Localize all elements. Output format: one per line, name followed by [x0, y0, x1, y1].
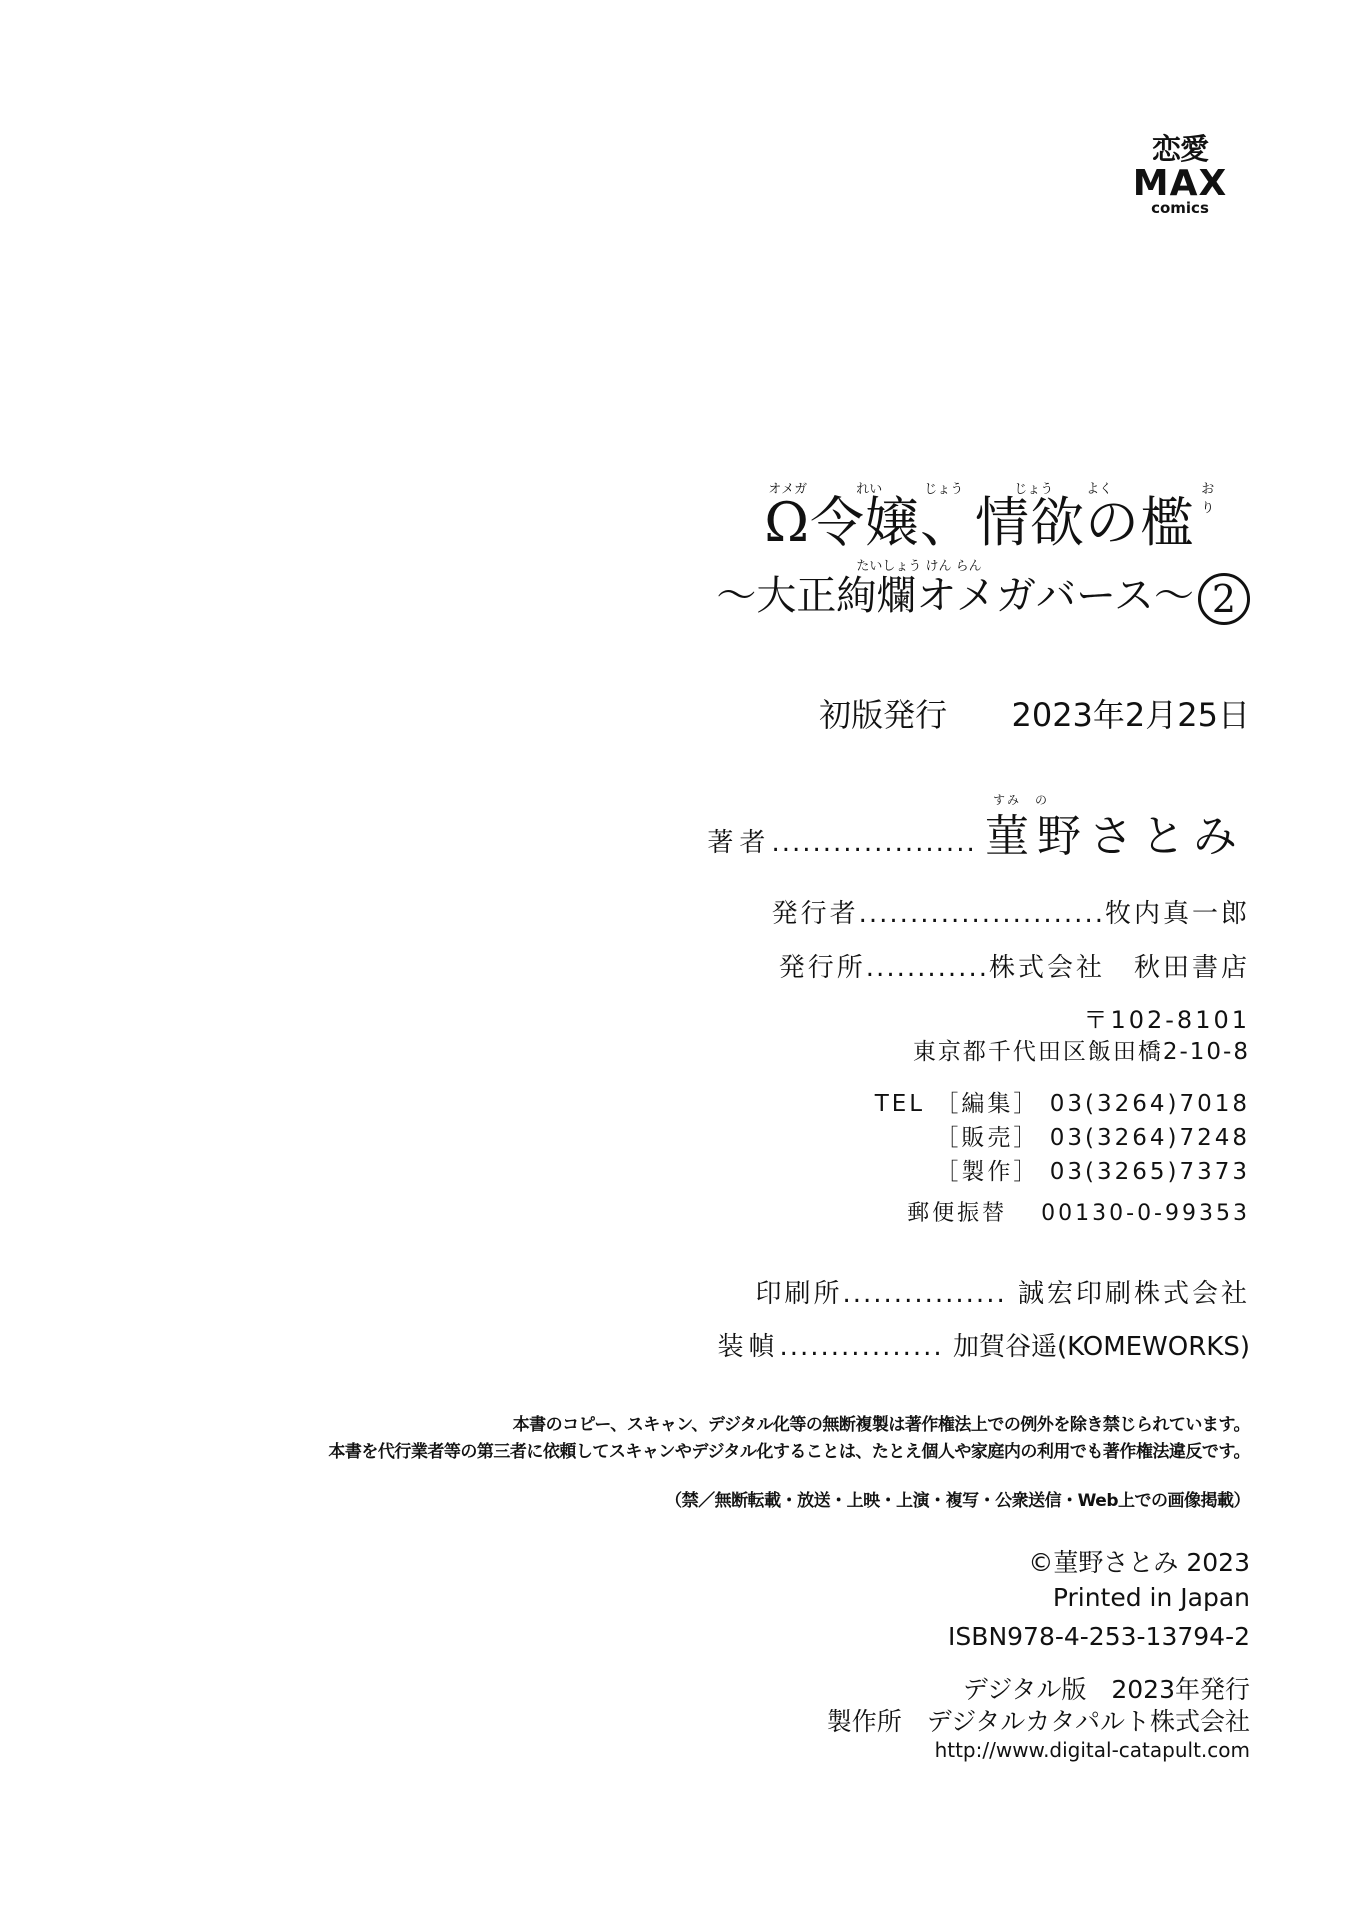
tel-dept-sales: ［販売］ — [935, 1125, 1039, 1151]
ruby-ori: おり — [1201, 478, 1214, 516]
isbn: ISBN978-4-253-13794-2 — [948, 1622, 1250, 1651]
postal-transfer-row: 郵便振替 00130-0-99353 — [907, 1196, 1250, 1227]
publisher-label: 発行所 — [779, 953, 866, 983]
author-row: 著者.................... すみ の 菫野さとみ — [707, 800, 1245, 864]
copyright-line: ©菫野さとみ 2023 — [1028, 1543, 1250, 1579]
publisher-dots: ............ — [866, 953, 989, 983]
transfer-label: 郵便振替 — [907, 1201, 1007, 1226]
tel-number-sales: 03(3264)7248 — [1050, 1125, 1250, 1151]
ruby-omega: オメガ — [768, 478, 807, 497]
book-subtitle-block: たいしょう けん らん ～大正絢爛オメガバース～2 — [716, 555, 1250, 625]
design-dots: ................ — [779, 1332, 943, 1362]
tel-number-edit: 03(3264)7018 — [1050, 1091, 1250, 1117]
design-row: 装幀................ 加賀谷遥(KOMEWORKS) — [717, 1326, 1250, 1363]
ruby-yoku: よく — [1086, 478, 1112, 497]
publisher-person-label: 発行者 — [772, 899, 859, 929]
design-name: 加賀谷遥(KOMEWORKS) — [953, 1332, 1250, 1362]
author-name-wrap: すみ の 菫野さとみ — [985, 811, 1245, 862]
subtitle-text: ～大正絢爛オメガバース～ — [716, 573, 1194, 619]
first-edition-line: 初版発行 2023年2月25日 — [819, 690, 1250, 736]
subtitle-ruby: たいしょう けん らん — [716, 555, 1250, 573]
logo-line-2: MAX — [1125, 166, 1235, 202]
ruby-rei: れい — [856, 478, 882, 497]
digital-edition: デジタル版 2023年発行 — [963, 1670, 1250, 1706]
ruby-jou-2: じょう — [1014, 478, 1053, 497]
author-name: 菫野さとみ — [985, 811, 1245, 862]
publisher-name: 株式会社 秋田書店 — [989, 953, 1250, 983]
book-title-block: オメガ れい じょう じょう よく おり Ω令嬢、情欲の檻 — [764, 478, 1195, 550]
first-edition-label: 初版発行 — [819, 696, 947, 734]
postal-code: 〒102-8101 — [1083, 1000, 1250, 1035]
tel-row-production: ［製作］ 03(3265)7373 — [935, 1153, 1250, 1186]
copyright-notice-2: 本書を代行業者等の第三者に依頼してスキャンやデジタル化することは、たとえ個人や家… — [328, 1437, 1250, 1462]
tel-dept-edit: ［編集］ — [935, 1091, 1039, 1117]
title-ruby: オメガ れい じょう じょう よく おり — [764, 478, 1195, 496]
producer-url[interactable]: http://www.digital-catapult.com — [935, 1738, 1250, 1762]
logo-line-1: 恋愛 — [1125, 135, 1235, 164]
tel-row-edit: TEL ［編集］ 03(3264)7018 — [875, 1085, 1250, 1118]
publisher-logo: 恋愛 MAX comics — [1125, 135, 1235, 216]
printer-dots: ................ — [842, 1279, 1006, 1309]
printed-in-japan: Printed in Japan — [1053, 1583, 1250, 1612]
volume-number: 2 — [1198, 573, 1250, 625]
printer-name: 誠宏印刷株式会社 — [1018, 1279, 1250, 1309]
tel-label: TEL — [875, 1091, 925, 1117]
book-title: Ω令嬢、情欲の檻 — [764, 496, 1195, 550]
transfer-number: 00130-0-99353 — [1041, 1201, 1250, 1226]
publisher-row: 発行所............株式会社 秋田書店 — [779, 947, 1250, 984]
printer-row: 印刷所................ 誠宏印刷株式会社 — [755, 1273, 1250, 1310]
publisher-person-name: 牧内真一郎 — [1105, 899, 1250, 929]
first-edition-date: 2023年2月25日 — [1011, 696, 1250, 734]
author-dots: .................... — [771, 828, 976, 858]
printer-label: 印刷所 — [755, 1279, 842, 1309]
copyright-notice-3: （禁／無断転載・放送・上映・上演・複写・公衆送信・Web上での画像掲載） — [665, 1486, 1250, 1511]
address: 東京都千代田区飯田橋2-10-8 — [913, 1033, 1250, 1066]
producer: 製作所 デジタルカタパルト株式会社 — [827, 1702, 1250, 1738]
tel-dept-production: ［製作］ — [935, 1159, 1039, 1185]
design-label: 装幀 — [717, 1332, 779, 1362]
book-subtitle: ～大正絢爛オメガバース～2 — [716, 573, 1250, 625]
tel-row-sales: ［販売］ 03(3264)7248 — [935, 1119, 1250, 1152]
publisher-person-dots: ........................ — [859, 899, 1105, 929]
copyright-notice-1: 本書のコピー、スキャン、デジタル化等の無断複製は著作権法上での例外を除き禁じられ… — [513, 1410, 1250, 1435]
author-ruby: すみ の — [993, 791, 1049, 808]
tel-number-production: 03(3265)7373 — [1050, 1159, 1250, 1185]
publisher-person-row: 発行者........................牧内真一郎 — [772, 893, 1250, 930]
ruby-jou-1: じょう — [924, 478, 963, 497]
author-label: 著者 — [707, 828, 771, 858]
